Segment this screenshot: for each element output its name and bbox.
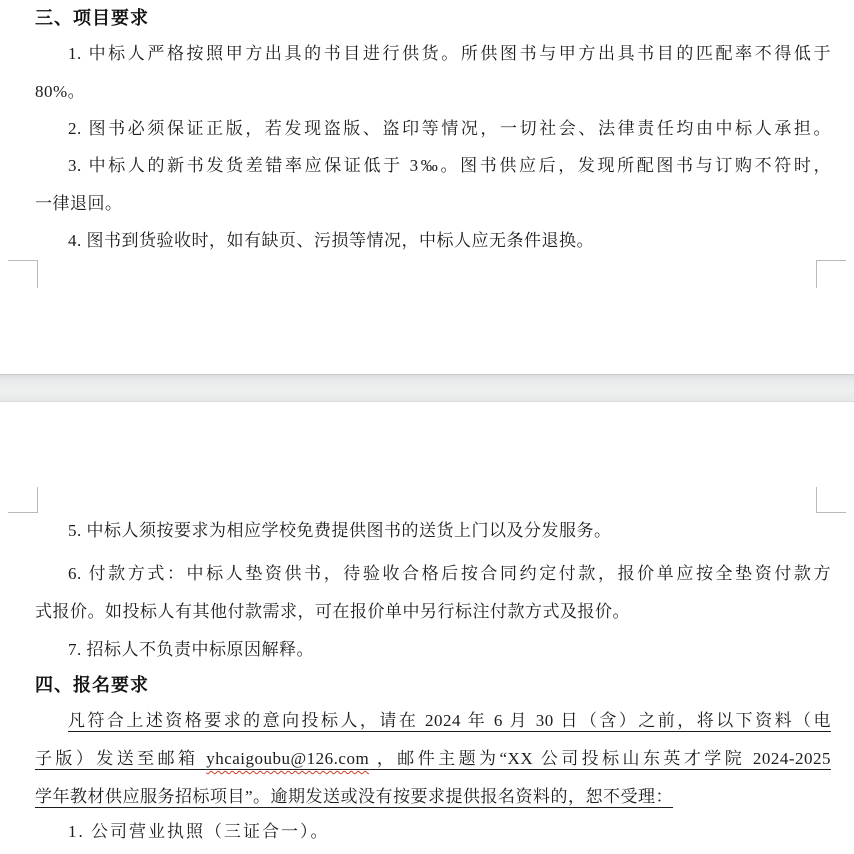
- paragraph-line: 4. 图书到货验收时，如有缺页、污损等情况，中标人应无条件退换。: [35, 229, 831, 253]
- paragraph-line: 7. 招标人不负责中标原因解释。: [35, 638, 831, 662]
- paragraph-line: 1. 公司营业执照（三证合一）。: [35, 820, 831, 844]
- paragraph-line: 3. 中标人的新书发货差错率应保证低于 3‰。图书供应后，发现所配图书与订购不符…: [35, 154, 831, 178]
- paragraph-line: 5. 中标人须按要求为相应学校免费提供图书的送货上门以及分发服务。: [35, 519, 831, 543]
- underlined-paragraph-line: 学年教材供应服务招标项目”。逾期发送或没有按要求提供报名资料的，恕不受理：: [35, 785, 831, 809]
- underlined-paragraph-line: 凡符合上述资格要求的意向投标人，请在 2024 年 6 月 30 日（含）之前，…: [35, 709, 831, 733]
- underlined-paragraph-line: 子版）发送至邮箱 yhcaigoubu@126.com ，邮件主题为“XX 公司…: [35, 747, 831, 771]
- paragraph-line: 式报价。如投标人有其他付款需求，可在报价单中另行标注付款方式及报价。: [35, 600, 831, 624]
- line-text-before-email: 子版）发送至邮箱: [35, 749, 206, 768]
- paragraph-line: 6. 付款方式：中标人垫资供书，待验收合格后按合同约定付款，报价单应按全垫资付款…: [35, 562, 831, 586]
- section-heading-project-requirements: 三、项目要求: [35, 6, 149, 30]
- paragraph-line: 一律退回。: [35, 192, 831, 216]
- paragraph-line: 1. 中标人严格按照甲方出具的书目进行供货。所供图书与甲方出具书目的匹配率不得低…: [35, 42, 831, 66]
- section-heading-registration-requirements: 四、报名要求: [35, 673, 149, 697]
- word-document-view: 三、项目要求 1. 中标人严格按照甲方出具的书目进行供货。所供图书与甲方出具书目…: [0, 0, 854, 854]
- line-text-after-email: ，邮件主题为“XX 公司投标山东英才学院 2024-2025: [369, 749, 831, 768]
- paragraph-line: 2. 图书必须保证正版，若发现盗版、盗印等情况，一切社会、法律责任均由中标人承担…: [35, 117, 831, 141]
- email-address: yhcaigoubu@126.com: [206, 749, 369, 768]
- page-break-divider: [0, 374, 854, 402]
- paragraph-line: 80%。: [35, 80, 831, 104]
